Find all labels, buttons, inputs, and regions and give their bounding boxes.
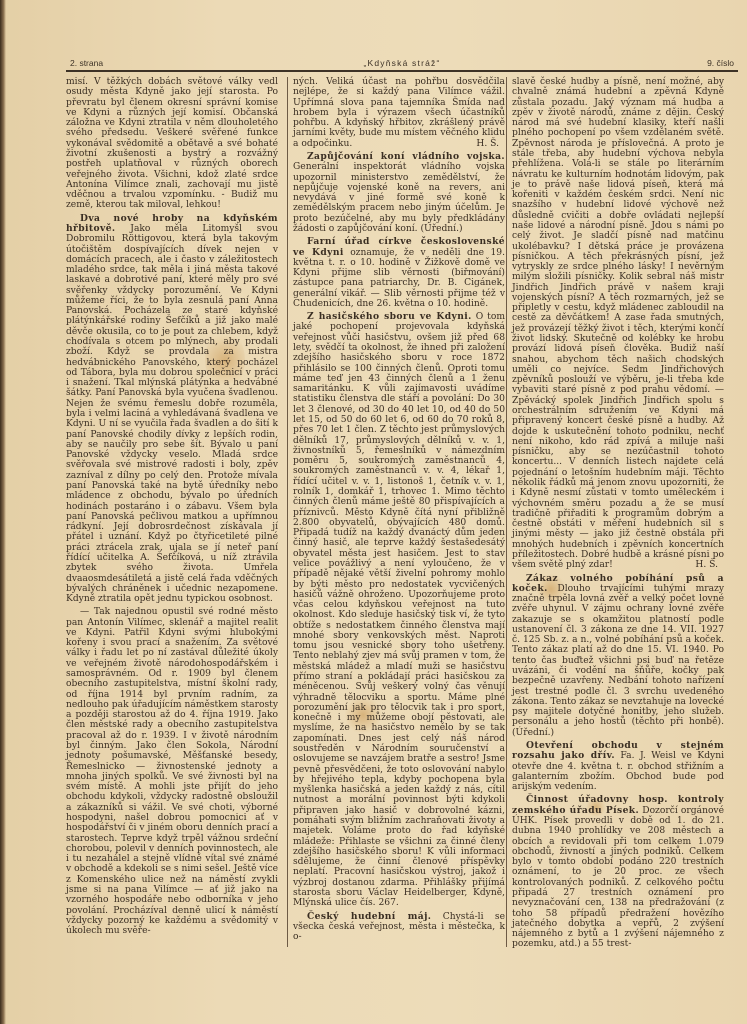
article-text: Dlouho trvajícími tuhými mrazy značně tr… <box>512 584 724 738</box>
article-text: ných. Veliká účast na pohřbu dosvědčila … <box>293 77 505 149</box>
article-paragraph: Otevření obchodu v stejném rozsahu jako … <box>512 741 724 792</box>
article-text: Dozorčí orgánové ÚHK. Písek provedli v d… <box>512 806 724 950</box>
article-paragraph: Zákaz volného pobíhání psů a koček. Dlou… <box>512 574 724 739</box>
newspaper-title: „Kdyňská stráž“ <box>66 58 738 68</box>
article-paragraph: — Tak najednou opustil své rodné město p… <box>66 607 278 936</box>
article-paragraph: misí. V těžkých dobách světové války ved… <box>66 77 278 211</box>
article-paragraph: Český hudební máj. Chystá-li se všecka č… <box>293 912 505 943</box>
column-3: slavě české hudby a písně, není možné, a… <box>512 77 724 950</box>
article-text: — Tak najednou opustil své rodné město p… <box>66 607 278 936</box>
author-signature: H. Š. <box>476 139 499 149</box>
article-paragraph: Činnost úřadovny hosp. kontroly zemského… <box>512 795 724 949</box>
newspaper-page: 2. strana „Kdyňská stráž“ 9. číslo misí.… <box>0 0 747 1024</box>
article-paragraph: Zapůjčování koní vládního vojska. Generá… <box>293 152 505 234</box>
issue-number: 9. číslo <box>707 58 734 68</box>
article-text: Jako měla Litomyšl svou Dobromilu Röttig… <box>66 224 278 604</box>
column-divider <box>506 77 507 947</box>
header-divider <box>66 70 738 72</box>
article-text: Generální inspektorát vládního vojska up… <box>293 162 505 234</box>
column-2: ných. Veliká účast na pohřbu dosvědčila … <box>293 77 505 942</box>
column-divider <box>287 77 288 947</box>
page-edge-shadow <box>0 0 6 1024</box>
article-paragraph: slavě české hudby a písně, není možné, a… <box>512 77 724 571</box>
article-text: O tom jaké pochopení projevovala kdyňská… <box>293 312 505 908</box>
article-heading: Zapůjčování koní vládního vojska. <box>307 151 505 162</box>
author-signature: H. Š. <box>695 560 718 570</box>
column-1: misí. V těžkých dobách světové války ved… <box>66 77 278 936</box>
article-text: slavě české hudby a písně, není možné, a… <box>512 77 724 570</box>
article-paragraph: Dva nové hroby na kdyňském hřbitově. Jak… <box>66 214 278 605</box>
article-paragraph: Z hasičského sboru ve Kdyni. O tom jaké … <box>293 312 505 908</box>
article-paragraph: ných. Veliká účast na pohřbu dosvědčila … <box>293 77 505 149</box>
article-paragraph: Farní úřad církve československé ve Kdyn… <box>293 237 505 309</box>
article-text: misí. V těžkých dobách světové války ved… <box>66 77 278 210</box>
article-heading: Z hasičského sboru ve Kdyni. <box>307 311 472 322</box>
article-heading: Český hudební máj. <box>307 911 431 922</box>
